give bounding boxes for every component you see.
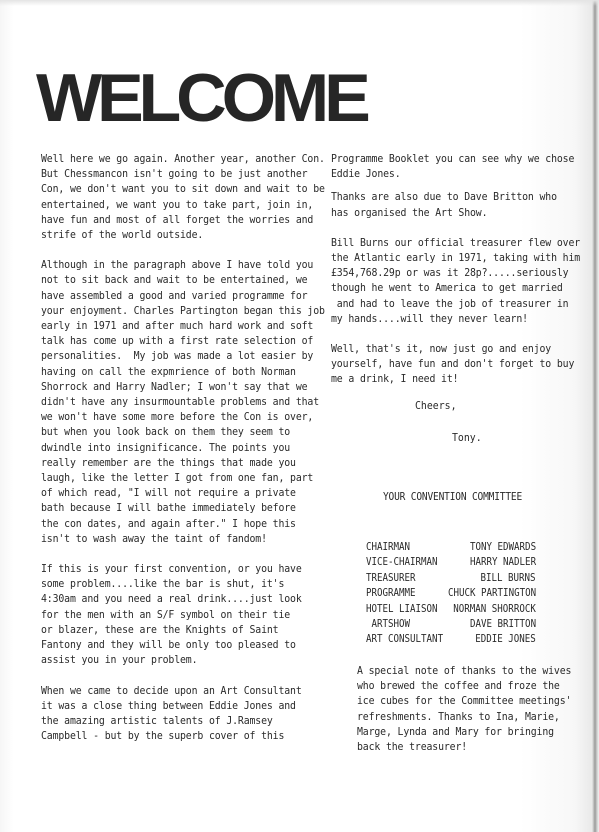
signoff-closing: Cheers, [415,400,457,412]
thanks-note: A special note of thanks to the wives wh… [357,664,587,755]
committee-member: TONY EDWARDS [470,540,536,555]
committee-row: VICE-CHAIRMANHARRY NADLER [366,555,536,570]
paragraph-art-consultant: When we came to decide upon an Art Consu… [41,684,311,745]
committee-member: DAVE BRITTON [470,617,536,632]
committee-role: TREASURER [366,571,416,586]
committee-member: EDDIE JONES [475,632,536,647]
committee-row: ART CONSULTANTEDDIE JONES [366,632,536,647]
committee-member: BILL BURNS [481,571,536,586]
paragraph-programme: Although in the paragraph above I have t… [41,258,311,547]
left-column: Well here we go again. Another year, ano… [41,152,331,759]
page-title: WELCOME [36,62,366,134]
committee-row: TREASURERBILL BURNS [366,571,536,586]
committee-role: PROGRAMME [366,586,416,601]
right-column: Programme Booklet you can see why we cho… [331,152,591,403]
committee-role: HOTEL LIAISON [366,602,438,617]
scanned-page: WELCOME Well here we go again. Another y… [0,0,599,832]
thanks-note-text: A special note of thanks to the wives wh… [357,664,571,755]
paragraph-art-show: Thanks are also due to Dave Britton who … [331,190,573,220]
committee-member: NORMAN SHORROCK [453,602,536,617]
paragraph-treasurer: Bill Burns our official treasurer flew o… [331,236,573,327]
signoff-name: Tony. [452,432,482,444]
committee-role: ARTSHOW [366,617,410,632]
paragraph-programme-booklet: Programme Booklet you can see why we cho… [331,152,573,182]
committee-heading: YOUR CONVENTION COMMITTEE [383,491,522,503]
committee-member: HARRY NADLER [470,555,536,570]
committee-member: CHUCK PARTINGTON [448,586,536,601]
committee-role: VICE-CHAIRMAN [366,555,438,570]
committee-role: ART CONSULTANT [366,632,443,647]
committee-row: ARTSHOWDAVE BRITTON [366,617,536,632]
committee-list: CHAIRMANTONY EDWARDS VICE-CHAIRMANHARRY … [366,540,536,648]
committee-role: CHAIRMAN [366,540,410,555]
committee-row: CHAIRMANTONY EDWARDS [366,540,536,555]
committee-row: HOTEL LIAISONNORMAN SHORROCK [366,602,536,617]
paragraph-intro: Well here we go again. Another year, ano… [41,152,311,243]
paragraph-first-convention: If this is your first convention, or you… [41,562,311,668]
committee-row: PROGRAMMECHUCK PARTINGTON [366,586,536,601]
paragraph-enjoy: Well, that's it, now just go and enjoy y… [331,342,573,388]
